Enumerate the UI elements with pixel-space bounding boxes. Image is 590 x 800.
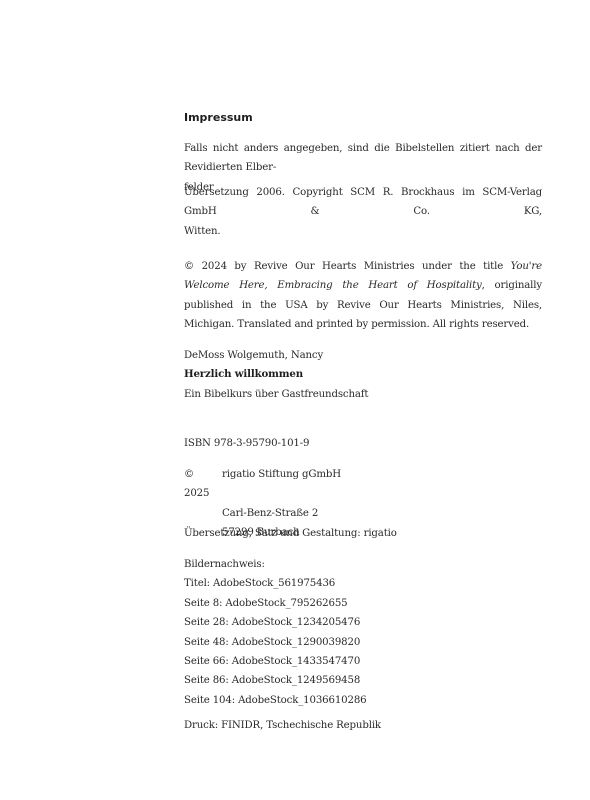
image-credit-item: Seite 28: AdobeStock_1234205476 bbox=[184, 613, 542, 632]
book-info: DeMoss Wolgemuth, Nancy Herzlich willkom… bbox=[184, 346, 542, 404]
image-credit-item: Seite 48: AdobeStock_1290039820 bbox=[184, 633, 542, 652]
book-subtitle: Ein Bibelkurs über Gastfreundschaft bbox=[184, 385, 542, 404]
image-credit-item: Seite 104: AdobeStock_1036610286 bbox=[184, 691, 542, 710]
bible-copyright-line: Witten. bbox=[184, 222, 542, 241]
original-copyright-pre: © 2024 by Revive Our Hearts Ministries u… bbox=[184, 261, 511, 272]
image-credits: Bildernachweis: Titel: AdobeStock_561975… bbox=[184, 555, 542, 710]
bible-copyright-line: Übersetzung 2006. Copyright SCM R. Brock… bbox=[184, 183, 542, 222]
bible-copyright: Übersetzung 2006. Copyright SCM R. Brock… bbox=[184, 183, 542, 241]
book-title: Herzlich willkommen bbox=[184, 365, 542, 384]
bible-note-line: Falls nicht anders angegeben, sind die B… bbox=[184, 139, 542, 178]
isbn: ISBN 978-3-95790-101-9 bbox=[184, 434, 542, 453]
book-author: DeMoss Wolgemuth, Nancy bbox=[184, 346, 542, 365]
page-title: Impressum bbox=[184, 108, 542, 127]
image-credit-item: Seite 8: AdobeStock_795262655 bbox=[184, 594, 542, 613]
publisher-name: rigatio Stiftung gGmbH bbox=[222, 465, 341, 504]
image-credit-item: Seite 66: AdobeStock_1433547470 bbox=[184, 652, 542, 671]
publisher-copyright: © 2025 bbox=[184, 465, 222, 504]
publisher-street: Carl-Benz-Straße 2 bbox=[184, 504, 542, 523]
image-credit-item: Seite 86: AdobeStock_1249569458 bbox=[184, 671, 542, 690]
image-credits-label: Bildernachweis: bbox=[184, 555, 542, 574]
image-credit-item: Titel: AdobeStock_561975436 bbox=[184, 574, 542, 593]
original-copyright: © 2024 by Revive Our Hearts Ministries u… bbox=[184, 257, 542, 335]
production-credit: Übersetzung, Satz und Gestaltung: rigati… bbox=[184, 524, 542, 543]
printer-info: Druck: FINIDR, Tschechische Republik bbox=[184, 716, 542, 735]
